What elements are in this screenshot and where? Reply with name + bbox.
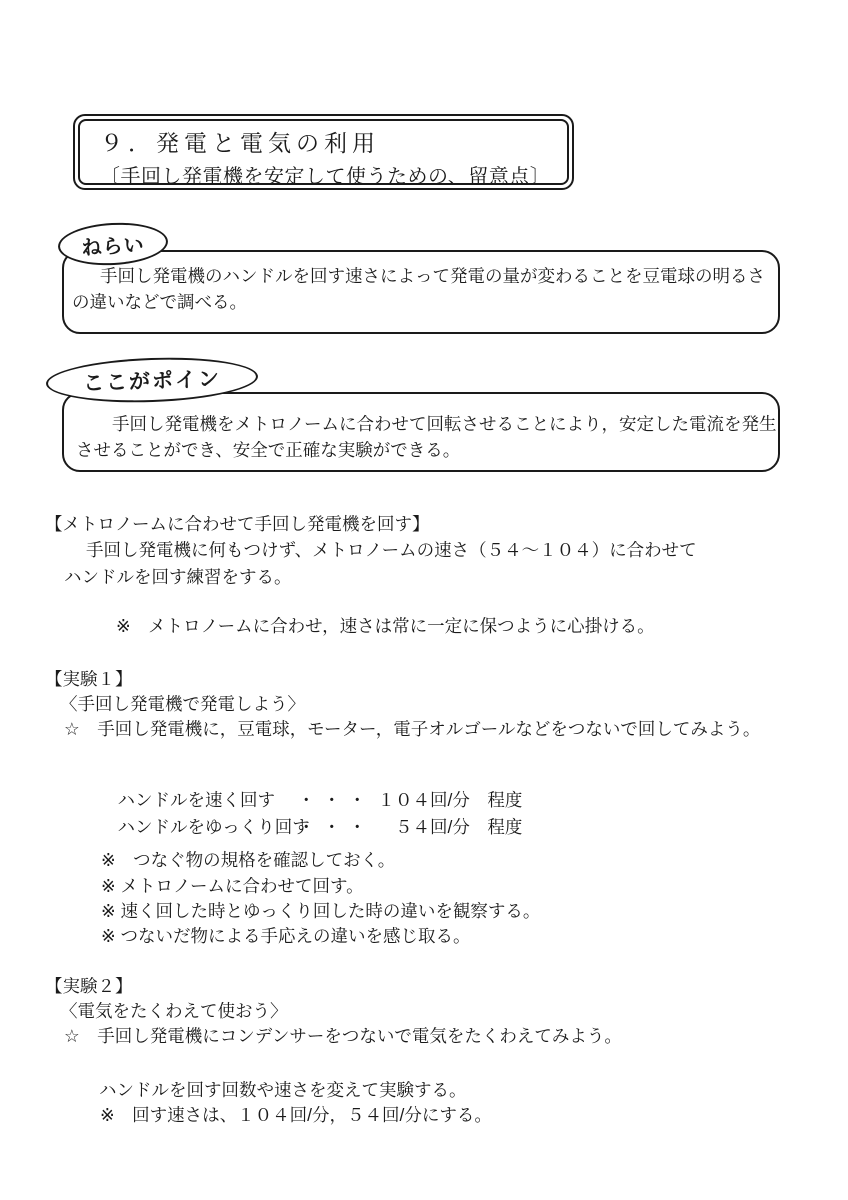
experiment1-subheading: 〈手回し発電機で発電しよう〉 [60, 694, 305, 716]
page-subtitle: 〔手回し発電機を安定して使うための、留意点〕 [100, 160, 567, 189]
metronome-line-1: 手回し発電機に何もつけず、メトロノームの速さ（５４～１０４）に合わせて [86, 540, 697, 562]
point-text-line-1: 手回し発電機をメトロノームに合わせて回転させることにより，安定した電流を発生 [112, 414, 776, 436]
experiment1-note-1: ※ つなぐ物の規格を確認しておく。 [101, 850, 395, 872]
experiment2-task: ☆ 手回し発電機にコンデンサーをつないで電気をたくわえてみよう。 [64, 1026, 622, 1048]
speed-row-slow-label: ハンドルをゆっくり回す [117, 817, 297, 839]
experiment2-subheading: 〈電気をたくわえて使おう〉 [60, 1001, 288, 1023]
metronome-note: ※ メトロノームに合わせ，速さは常に一定に保つように心掛ける。 [116, 616, 655, 638]
title-box-inner-border: ９．発電と電気の利用 〔手回し発電機を安定して使うための、留意点〕 [78, 119, 569, 185]
document-page: ９．発電と電気の利用 〔手回し発電機を安定して使うための、留意点〕 ねらい 手回… [0, 0, 848, 1200]
metronome-heading: 【メトロノームに合わせて手回し発電機を回す】 [45, 514, 429, 536]
experiment1-task: ☆ 手回し発電機に，豆電球，モーター，電子オルゴールなどをつないで回してみよう。 [64, 719, 760, 741]
aim-text-line-1: 手回し発電機のハンドルを回す速さによって発電の量が変わることを豆電球の明るさ [100, 266, 765, 288]
experiment1-note-4: ※ つないだ物による手応えの違いを感じ取る。 [101, 926, 471, 948]
experiment1-note-3: ※ 速く回した時とゆっくり回した時の違いを観察する。 [101, 901, 540, 923]
speed-row-slow-dots: ・・・ [297, 817, 377, 839]
experiment1-note-2: ※ メトロノームに合わせて回す。 [101, 876, 364, 898]
experiment2-line-1: ハンドルを回す回数や速さを変えて実験する。 [99, 1080, 467, 1102]
point-text-line-2: させることができ、安全で正確な実験ができる。 [76, 440, 460, 462]
speed-row-slow-value: ５４回/分 程度 [377, 817, 522, 837]
experiment2-note: ※ 回す速さは、１０４回/分，５４回/分にする。 [100, 1105, 492, 1127]
experiment1-heading: 【実験１】 [45, 669, 133, 691]
title-box: ９．発電と電気の利用 〔手回し発電機を安定して使うための、留意点〕 [73, 114, 574, 190]
experiment2-heading: 【実験２】 [45, 976, 133, 998]
page-title: ９．発電と電気の利用 [100, 125, 567, 158]
aim-text-line-2: の違いなどで調べる。 [72, 292, 247, 314]
metronome-line-2: ハンドルを回す練習をする。 [64, 567, 292, 589]
